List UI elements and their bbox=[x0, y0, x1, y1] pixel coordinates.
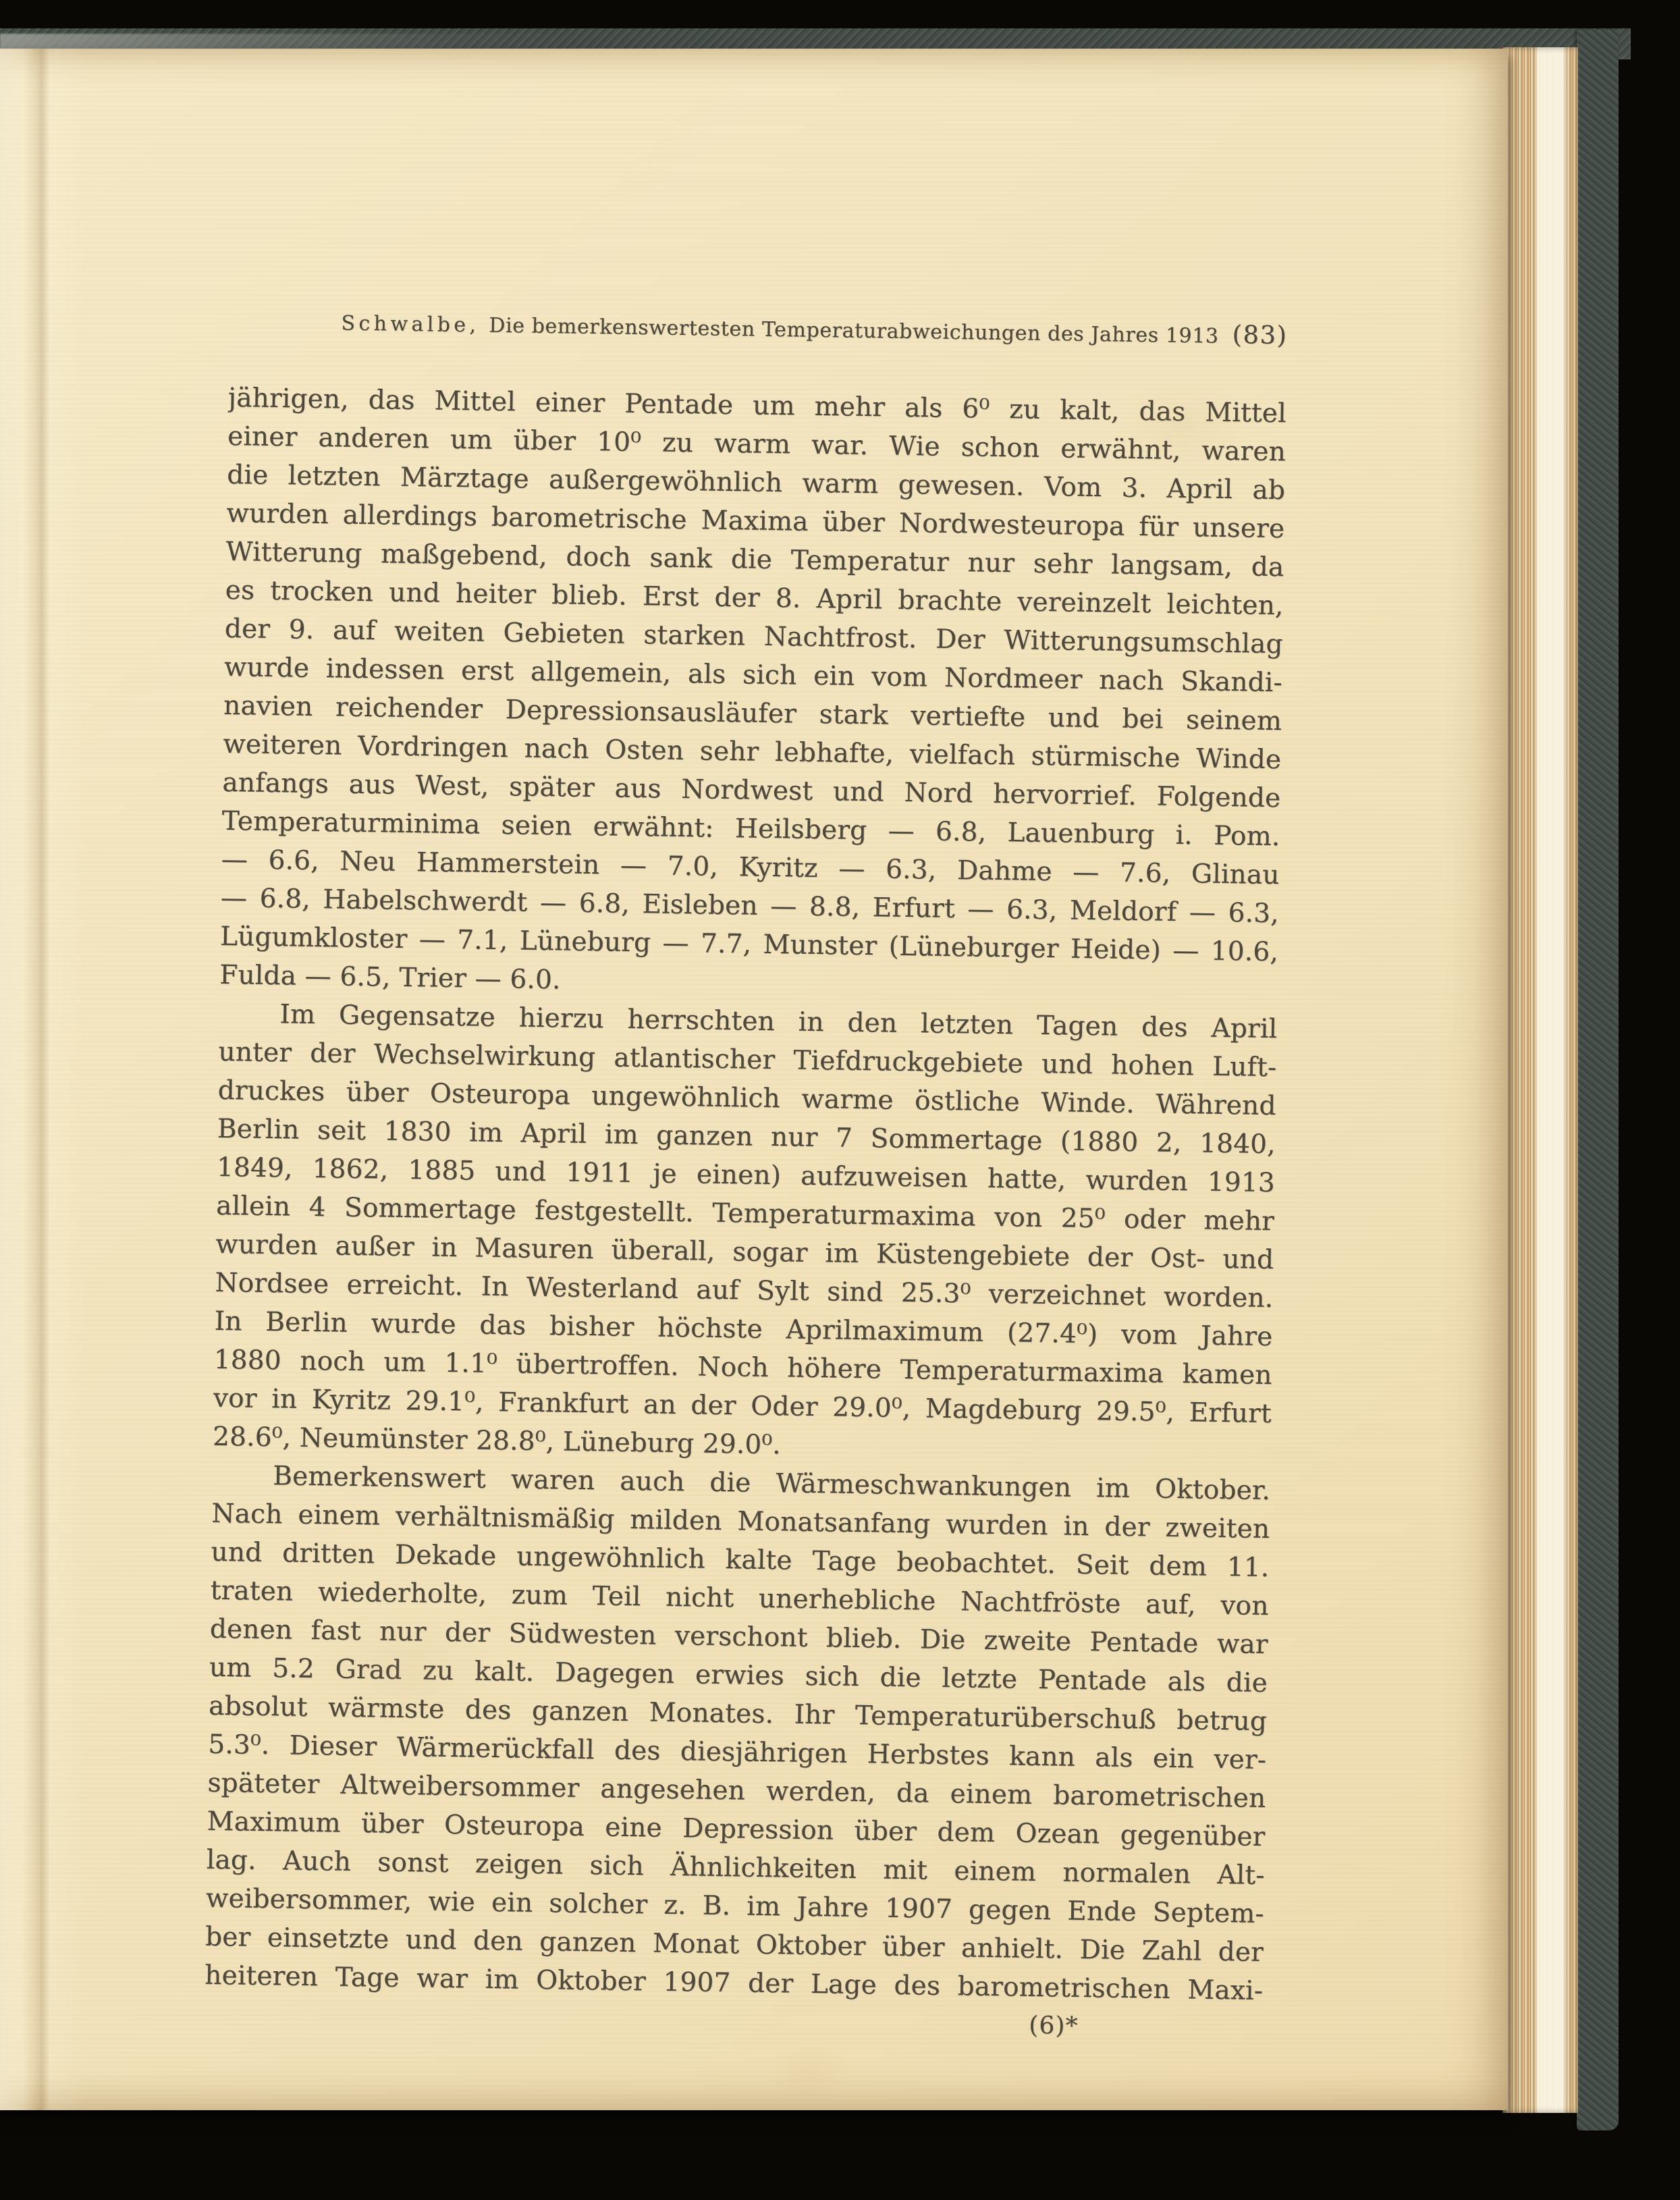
paragraph: jährigen, das Mittel einer Pentade um me… bbox=[219, 379, 1286, 1010]
text-line: unter der Wechselwirkung atlantischer Ti… bbox=[218, 1033, 1277, 1087]
text-line: der 9. auf weiten Gebieten starken Nacht… bbox=[224, 610, 1283, 664]
text-line: ber einsetzte und den ganzen Monat Oktob… bbox=[205, 1918, 1264, 1972]
running-header-page-number: (83) bbox=[1232, 321, 1287, 349]
text-line: um 5.2 Grad zu kalt. Dagegen erwies sich… bbox=[209, 1648, 1268, 1702]
text-line: wurden außer in Masuren überall, sogar i… bbox=[215, 1225, 1274, 1279]
text-line: 1849, 1862, 1885 und 1911 je einen) aufz… bbox=[217, 1148, 1276, 1202]
text-line: Temperaturminima seien erwähnt: Heilsber… bbox=[221, 802, 1280, 856]
paragraph: Bemerkenswert waren auch die Wärmeschwan… bbox=[205, 1456, 1271, 2010]
text-line: einer anderen um über 10⁰ zu warm war. W… bbox=[227, 417, 1286, 471]
text-line: In Berlin wurde das bisher höchste April… bbox=[214, 1302, 1273, 1356]
text-line: 1880 noch um 1.1⁰ übertroffen. Noch höhe… bbox=[213, 1341, 1272, 1395]
text-line: weiteren Vordringen nach Osten sehr lebh… bbox=[223, 725, 1282, 779]
text-line: Nach einem verhältnismäßig milden Monats… bbox=[211, 1495, 1270, 1549]
page-stack-edges bbox=[1502, 47, 1578, 2113]
running-header-author: Schwalbe, bbox=[341, 310, 480, 339]
text-line: 5.3⁰. Dieser Wärmerückfall des diesjähri… bbox=[208, 1725, 1267, 1779]
paragraphs: jährigen, das Mittel einer Pentade um me… bbox=[205, 379, 1286, 2010]
text-line: wurde indessen erst allgemein, als sich … bbox=[224, 648, 1283, 702]
running-header-title: Die bemerkenswertesten Temperaturabweich… bbox=[489, 313, 1219, 350]
text-line: und dritten Dekade ungewöhnlich kalte Ta… bbox=[211, 1533, 1270, 1587]
scanned-book-photo: Schwalbe, Die bemerkenswertesten Tempera… bbox=[0, 0, 1680, 2200]
text-line: traten wiederholte, zum Teil nicht unerh… bbox=[210, 1572, 1269, 1626]
footer-signature-mark: (6)* bbox=[204, 1997, 1263, 2045]
text-line: 28.6⁰, Neumünster 28.8⁰, Lüneburg 29.0⁰. bbox=[213, 1418, 1272, 1472]
text-line: Maximum über Osteuropa eine Depression ü… bbox=[207, 1802, 1266, 1856]
text-line: anfangs aus West, später aus Nordwest un… bbox=[222, 763, 1281, 817]
book-page: Schwalbe, Die bemerkenswertesten Tempera… bbox=[0, 49, 1508, 2110]
text-line: späteter Altweibersommer angesehen werde… bbox=[207, 1764, 1266, 1818]
paragraph: Im Gegensatze hierzu herrschten in den l… bbox=[213, 994, 1278, 1472]
text-line: vor in Kyritz 29.1⁰, Frankfurt an der Od… bbox=[213, 1379, 1272, 1433]
text-line: druckes über Osteuropa ungewöhnlich warm… bbox=[217, 1071, 1276, 1125]
book-cover-right-edge bbox=[1577, 30, 1619, 2130]
text-line: es trocken und heiter blieb. Erst der 8.… bbox=[225, 571, 1284, 625]
text-block: Schwalbe, Die bemerkenswertesten Tempera… bbox=[204, 306, 1288, 2045]
text-line: absolut wärmste des ganzen Monates. Ihr … bbox=[209, 1687, 1268, 1741]
text-line: Witterung maßgebend, doch sank die Tempe… bbox=[225, 533, 1284, 587]
text-line: — 6.8, Habelschwerdt — 6.8, Eisleben — 8… bbox=[221, 879, 1280, 933]
text-line: die letzten Märztage außergewöhnlich war… bbox=[227, 456, 1286, 510]
text-line: navien reichender Depressionsausläufer s… bbox=[223, 687, 1282, 741]
text-line: jährigen, das Mittel einer Pentade um me… bbox=[228, 379, 1287, 433]
running-header: Schwalbe, Die bemerkenswertesten Tempera… bbox=[229, 306, 1287, 351]
text-line: Bemerkenswert waren auch die Wärmeschwan… bbox=[212, 1456, 1271, 1510]
text-line: Fulda — 6.5, Trier — 6.0. bbox=[219, 956, 1278, 1010]
text-line: Lügumkloster — 7.1, Lüneburg — 7.7, Muns… bbox=[220, 917, 1279, 971]
text-line: wurden allerdings barometrische Maxima ü… bbox=[226, 494, 1285, 548]
text-line: allein 4 Sommertage festgestellt. Temper… bbox=[216, 1187, 1275, 1241]
text-line: Berlin seit 1830 im April im ganzen nur … bbox=[217, 1110, 1276, 1164]
text-line: lag. Auch sonst zeigen sich Ähnlichkeite… bbox=[206, 1841, 1265, 1895]
text-line: weibersommer, wie ein solcher z. B. im J… bbox=[206, 1879, 1265, 1933]
text-line: denen fast nur der Südwesten verschont b… bbox=[210, 1610, 1269, 1664]
text-line: Im Gegensatze hierzu herrschten in den l… bbox=[219, 994, 1278, 1048]
text-line: Nordsee erreicht. In Westerland auf Sylt… bbox=[215, 1264, 1274, 1318]
text-line: — 6.6, Neu Hammerstein — 7.0, Kyritz — 6… bbox=[221, 840, 1280, 894]
text-line: heiteren Tage war im Oktober 1907 der La… bbox=[205, 1956, 1264, 2010]
